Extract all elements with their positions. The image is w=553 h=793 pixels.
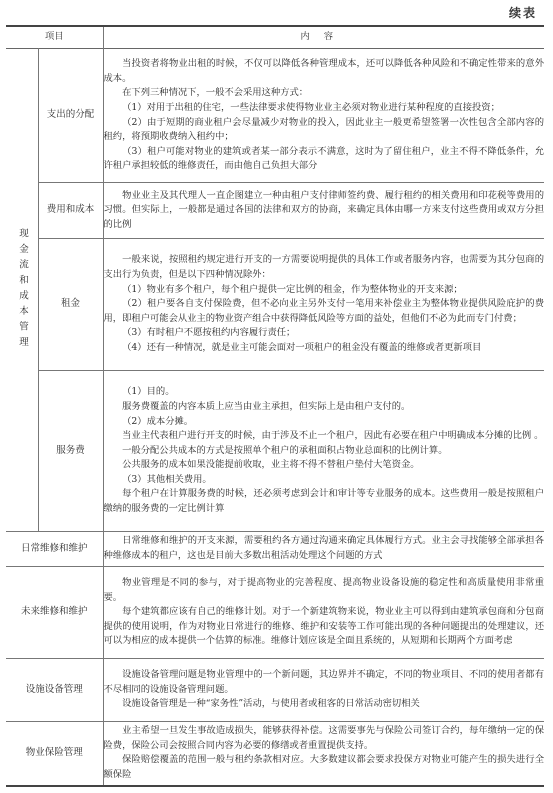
row-item-label: 支出的分配 — [38, 49, 103, 183]
content-paragraph: （2）由于短期的商业租户会尽量减少对物业的投入，因此业主一般更希望签署一次性包含… — [104, 116, 545, 145]
table-row: 未来维修和维护物业管理是不同的参与，对于提高物业的完善程度、提高物业设备设施的稳… — [6, 567, 544, 659]
content-paragraph: 业主希望一旦发生事故造成损失，能够获得补偿。这需要事先与保险公司签订合约，每年缴… — [104, 724, 545, 753]
row-content: 物业管理是不同的参与，对于提高物业的完善程度、提高物业设备设施的稳定性和高质量使… — [103, 567, 544, 659]
content-paragraph: 一般来说，按照租约规定进行开支的一方需要说明提供的具体工作或者服务内容，也需要为… — [104, 253, 545, 282]
content-paragraph: （2）租户要各自支付保险费，但不必向业主另外支付一笔用来补偿业主为整体物业提供风… — [104, 297, 545, 326]
content-paragraph: （1）物业有多个租户，每个租户提供一定比例的租金，作为整体物业的开支来源； — [104, 283, 545, 298]
content-paragraph: 日常维修和维护的开支来源，需要租约各方通过沟通来确定具体履行方式。业主会寻找能够… — [104, 534, 545, 563]
table-row: 现金流和成本管理支出的分配当投资者将物业出租的时候，不仅可以降低各种管理成本，还… — [6, 49, 544, 183]
row-content: 物业业主及其代理人一直企图建立一种由租户支付律师签约费、履行租约的相关费用和印花… — [103, 183, 544, 239]
row-item-label: 费用和成本 — [38, 183, 103, 239]
row-item-label: 未来维修和维护 — [6, 567, 103, 659]
content-paragraph: 当投资者将物业出租的时候，不仅可以降低各种管理成本，还可以降低各种风险和不确定性… — [104, 57, 545, 86]
row-content: （1）目的。服务费覆盖的内容本质上应当由业主承担，但实际上是由租户支付的。（2）… — [103, 371, 544, 532]
content-paragraph: （3）租户可能对物业的建筑或者某一部分表示不满意，这时为了留住租户，业主不得不降… — [104, 145, 545, 174]
content-paragraph: 服务费覆盖的内容本质上应当由业主承担，但实际上是由租户支付的。 — [104, 400, 545, 415]
content-paragraph: 当业主代表租户进行开支的时候，由于涉及不止一个租户，因此有必要在租户中明确成本分… — [104, 429, 545, 444]
group-label-text: 现金流和成本管理 — [14, 228, 29, 352]
table-row: 日常维修和维护日常维修和维护的开支来源，需要租约各方通过沟通来确定具体履行方式。… — [6, 532, 544, 567]
content-paragraph: 设施设备管理问题是物业管理中的一个新问题，其边界并不确定，不同的物业项目、不同的… — [104, 668, 545, 697]
table-row: 租金一般来说，按照租约规定进行开支的一方需要说明提供的具体工作或者服务内容，也需… — [6, 239, 544, 371]
content-paragraph: 每个租户在计算服务费的时候，还必须考虑到会计和审计等专业服务的成本。这些费用一般… — [104, 487, 545, 516]
content-paragraph: （1）对用于出租的住宅，一些法律要求使得物业业主必须对物业进行某种程度的直接投资… — [104, 101, 545, 116]
content-paragraph: （3）有时租户不愿按租约内容履行责任； — [104, 326, 545, 341]
content-paragraph: 公共服务的成本如果没能提前收取，业主将不得不替租户垫付大笔资金。 — [104, 458, 545, 473]
content-paragraph: 物业管理是不同的参与，对于提高物业的完善程度、提高物业设备设施的稳定性和高质量使… — [104, 576, 545, 605]
table-row: 服务费（1）目的。服务费覆盖的内容本质上应当由业主承担，但实际上是由租户支付的。… — [6, 371, 544, 532]
row-content: 日常维修和维护的开支来源，需要租约各方通过沟通来确定具体履行方式。业主会寻找能够… — [103, 532, 544, 567]
content-paragraph: 每个建筑都应该有自己的维修计划。对于一个新建筑物来说，物业业主可以得到由建筑承包… — [104, 605, 545, 649]
row-content: 当投资者将物业出租的时候，不仅可以降低各种管理成本，还可以降低各种风险和不确定性… — [103, 49, 544, 183]
content-paragraph: 在下列三种情况下，一般不会采用这种方式： — [104, 86, 545, 101]
row-item-label: 日常维修和维护 — [6, 532, 103, 567]
row-item-label: 服务费 — [38, 371, 103, 532]
content-paragraph: （3）其他相关费用。 — [104, 473, 545, 488]
table-row: 费用和成本物业业主及其代理人一直企图建立一种由租户支付律师签约费、履行租约的相关… — [6, 183, 544, 239]
table-row: 设施设备管理设施设备管理问题是物业管理中的一个新问题，其边界并不确定，不同的物业… — [6, 659, 544, 722]
header-item: 项目 — [6, 26, 103, 49]
row-item-label: 物业保险管理 — [6, 722, 103, 786]
content-paragraph: 一般分配公共成本的方式是按照单个租户的承租面积占物业总面积的比例计算。 — [104, 444, 545, 459]
row-item-label: 设施设备管理 — [6, 659, 103, 722]
continued-table-label: 续表 — [509, 4, 537, 21]
content-table: 项目 内容 现金流和成本管理支出的分配当投资者将物业出租的时候，不仅可以降低各种… — [6, 25, 544, 787]
content-paragraph: 保险赔偿覆盖的范围一般与租约条款相对应。大多数建议都会要求投保方对物业可能产生的… — [104, 753, 545, 782]
table-header-row: 项目 内容 — [6, 26, 544, 49]
content-paragraph: （4）还有一种情况，就是业主可能会面对一项租户的租金没有覆盖的维修或者更新项目 — [104, 341, 545, 356]
row-content: 设施设备管理问题是物业管理中的一个新问题，其边界并不确定，不同的物业项目、不同的… — [103, 659, 544, 722]
table-row: 物业保险管理业主希望一旦发生事故造成损失，能够获得补偿。这需要事先与保险公司签订… — [6, 722, 544, 786]
row-item-label: 租金 — [38, 239, 103, 371]
content-paragraph: 物业业主及其代理人一直企图建立一种由租户支付律师签约费、履行租约的相关费用和印花… — [104, 189, 545, 233]
content-paragraph: （2）成本分摊。 — [104, 415, 545, 430]
row-content: 一般来说，按照租约规定进行开支的一方需要说明提供的具体工作或者服务内容，也需要为… — [103, 239, 544, 371]
content-paragraph: 设施设备管理是一种“家务性”活动，与使用者或租客的日常活动密切相关 — [104, 697, 545, 712]
group-label: 现金流和成本管理 — [6, 49, 38, 532]
header-content: 内容 — [103, 26, 544, 49]
row-content: 业主希望一旦发生事故造成损失，能够获得补偿。这需要事先与保险公司签订合约，每年缴… — [103, 722, 544, 786]
content-paragraph: （1）目的。 — [104, 385, 545, 400]
